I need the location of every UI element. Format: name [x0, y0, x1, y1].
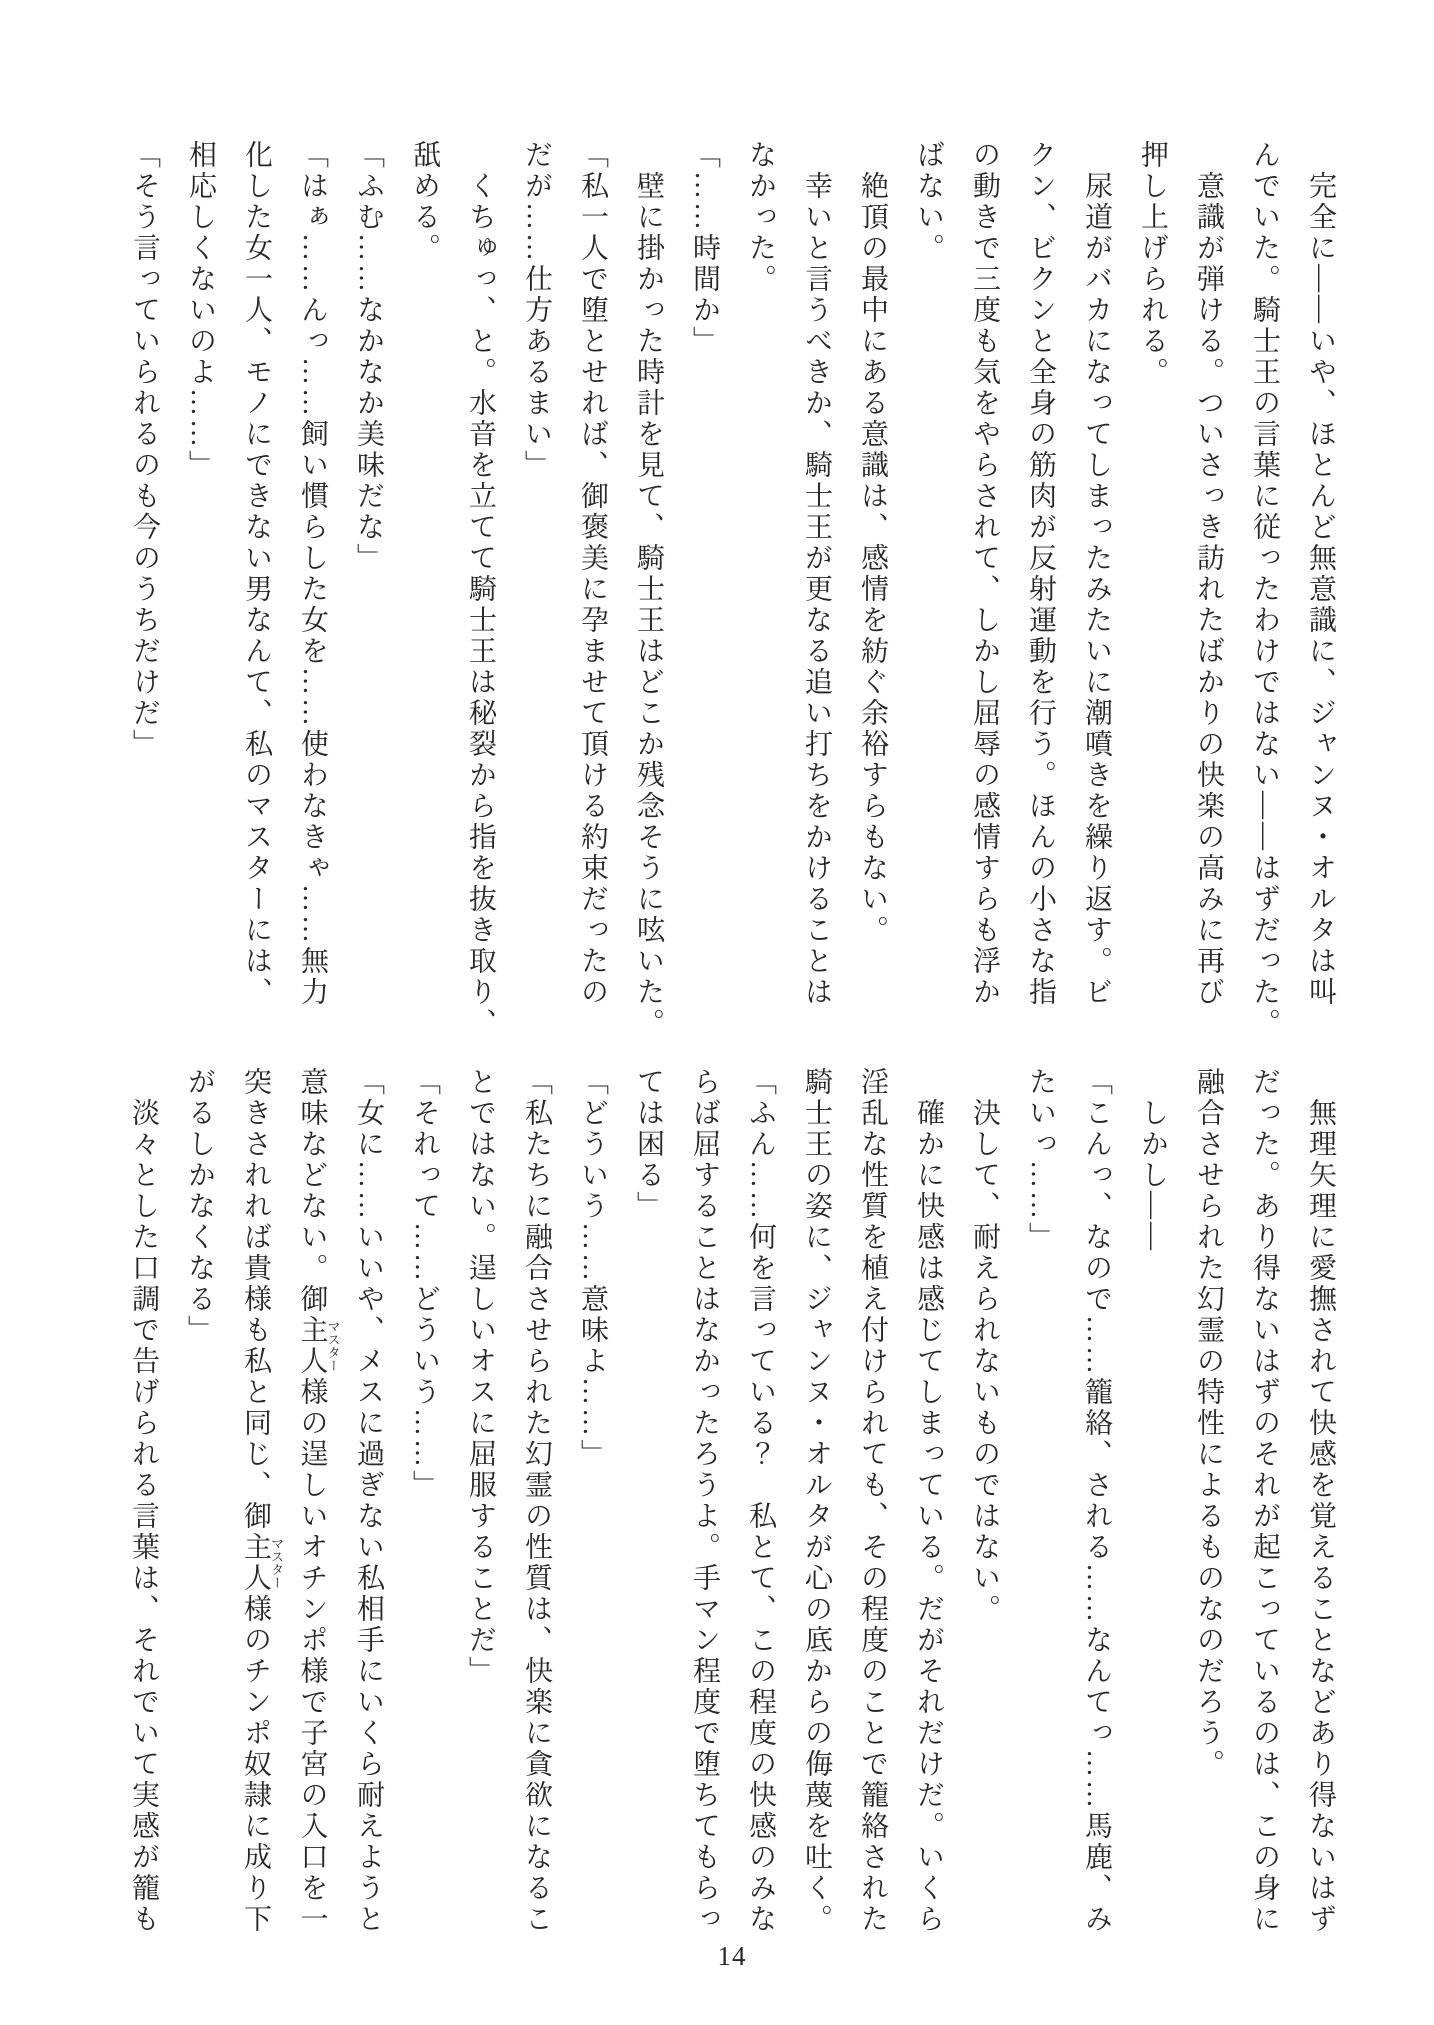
text-line: 化した女一人、モノにできない男なんて、私のマスターには、 — [228, 140, 284, 1050]
text-line: 無理矢理に愛撫されて快感を覚えることなどあり得ないはず — [1292, 1067, 1348, 1947]
text-line: 「こんっ、なので……籠絡、される……なんてっ……馬鹿、み — [1068, 1067, 1124, 1947]
text-block-top: 完全に――いや、ほとんど無意識に、ジャンヌ・オルタは叫んでいた。騎士王の言葉に従… — [116, 140, 1348, 1050]
ruby-annotated-text: 御主人様マスター — [297, 1284, 328, 1408]
text-line: の動きで三度も気をやらされて、しかし屈辱の感情すらも浮か — [956, 140, 1012, 1050]
text-line: 確かに快感は感じてしまっている。だがそれだけだ。いくら — [900, 1067, 956, 1947]
text-line: 意識が弾ける。ついさっき訪れたばかりの快楽の高みに再び — [1180, 140, 1236, 1050]
text-line: だった。あり得ないはずのそれが起こっているのは、この身に — [1236, 1067, 1292, 1947]
text-line: なかった。 — [732, 140, 788, 1050]
text-line: らば屈することはなかったろうよ。手マン程度で堕ちてもらっ — [676, 1067, 732, 1947]
text-line: 押し上げられる。 — [1124, 140, 1180, 1050]
novel-page: 完全に――いや、ほとんど無意識に、ジャンヌ・オルタは叫んでいた。騎士王の言葉に従… — [0, 0, 1434, 2025]
text-line: 尿道がバカになってしまったみたいに潮噴きを繰り返す。ビ — [1068, 140, 1124, 1050]
text-block-bottom: 無理矢理に愛撫されて快感を覚えることなどあり得ないはずだった。あり得ないはずのそ… — [115, 1067, 1348, 1947]
text-line: 融合させられた幻霊の特性によるものなのだろう。 — [1180, 1067, 1236, 1947]
text-line: 舐める。 — [396, 140, 452, 1050]
text-line: 完全に――いや、ほとんど無意識に、ジャンヌ・オルタは叫 — [1292, 140, 1348, 1050]
text-line: 「私たちに融合させられた幻霊の性質は、快楽に貪欲になるこ — [508, 1067, 564, 1947]
text-line: 「それって……どういう……」 — [396, 1067, 452, 1947]
text-line: 相応しくないのよ……」 — [172, 140, 228, 1050]
ruby-annotated-text: 御主人様マスター — [240, 1501, 271, 1625]
text-line: 意味などない。御主人様マスターの逞しいオチンポ様で子宮の入口を一 — [284, 1067, 341, 1947]
text-line: 騎士王の姿に、ジャンヌ・オルタが心の底からの侮蔑を吐く。 — [788, 1067, 844, 1947]
text-line: 「どういう……意味よ……」 — [564, 1067, 620, 1947]
text-line: しかし―― — [1124, 1067, 1180, 1947]
text-line: 「……時間か」 — [676, 140, 732, 1050]
text-line: んでいた。騎士王の言葉に従ったわけではない――はずだった。 — [1236, 140, 1292, 1050]
text-line: 「ふむ……なかなか美味だな」 — [340, 140, 396, 1050]
text-line: だが……仕方あるまい」 — [508, 140, 564, 1050]
text-line: 「女に……いいや、メスに過ぎない私相手にいくら耐えようと — [340, 1067, 396, 1947]
text-line: 「ふん……何を言っている？ 私とて、この程度の快感のみな — [732, 1067, 788, 1947]
text-line: とではない。逞しいオスに屈服することだ」 — [452, 1067, 508, 1947]
text-line: 淡々とした口調で告げられる言葉は、それでいて実感が籠も — [115, 1067, 171, 1947]
text-line: 突きされれば貴様も私と同じ、御主人様マスターのチンポ奴隷に成り下 — [227, 1067, 284, 1947]
text-line: 壁に掛かった時計を見て、騎士王はどこか残念そうに呟いた。 — [620, 140, 676, 1050]
text-line: がるしかなくなる」 — [171, 1067, 227, 1947]
text-line: 淫乱な性質を植え付けられても、その程度のことで籠絡された — [844, 1067, 900, 1947]
text-line: 「はぁ……んっ……飼い慣らした女を……使わなきゃ……無力 — [284, 140, 340, 1050]
text-line: 幸いと言うべきか、騎士王が更なる追い打ちをかけることは — [788, 140, 844, 1050]
text-line: 「そう言っていられるのも今のうちだけだ」 — [116, 140, 172, 1050]
text-line: 「私一人で堕とせれば、御褒美に孕ませて頂ける約束だったの — [564, 140, 620, 1050]
text-line: ばない。 — [900, 140, 956, 1050]
text-line: くちゅっ、と。水音を立てて騎士王は秘裂から指を抜き取り、 — [452, 140, 508, 1050]
text-line: たいっ……」 — [1012, 1067, 1068, 1947]
text-line: 絶頂の最中にある意識は、感情を紡ぐ余裕すらもない。 — [844, 140, 900, 1050]
text-line: ては困る」 — [620, 1067, 676, 1947]
text-line: 決して、耐えられないものではない。 — [956, 1067, 1012, 1947]
text-line: クン、ビクンと全身の筋肉が反射運動を行う。ほんの小さな指 — [1012, 140, 1068, 1050]
page-number: 14 — [116, 1941, 1348, 1972]
